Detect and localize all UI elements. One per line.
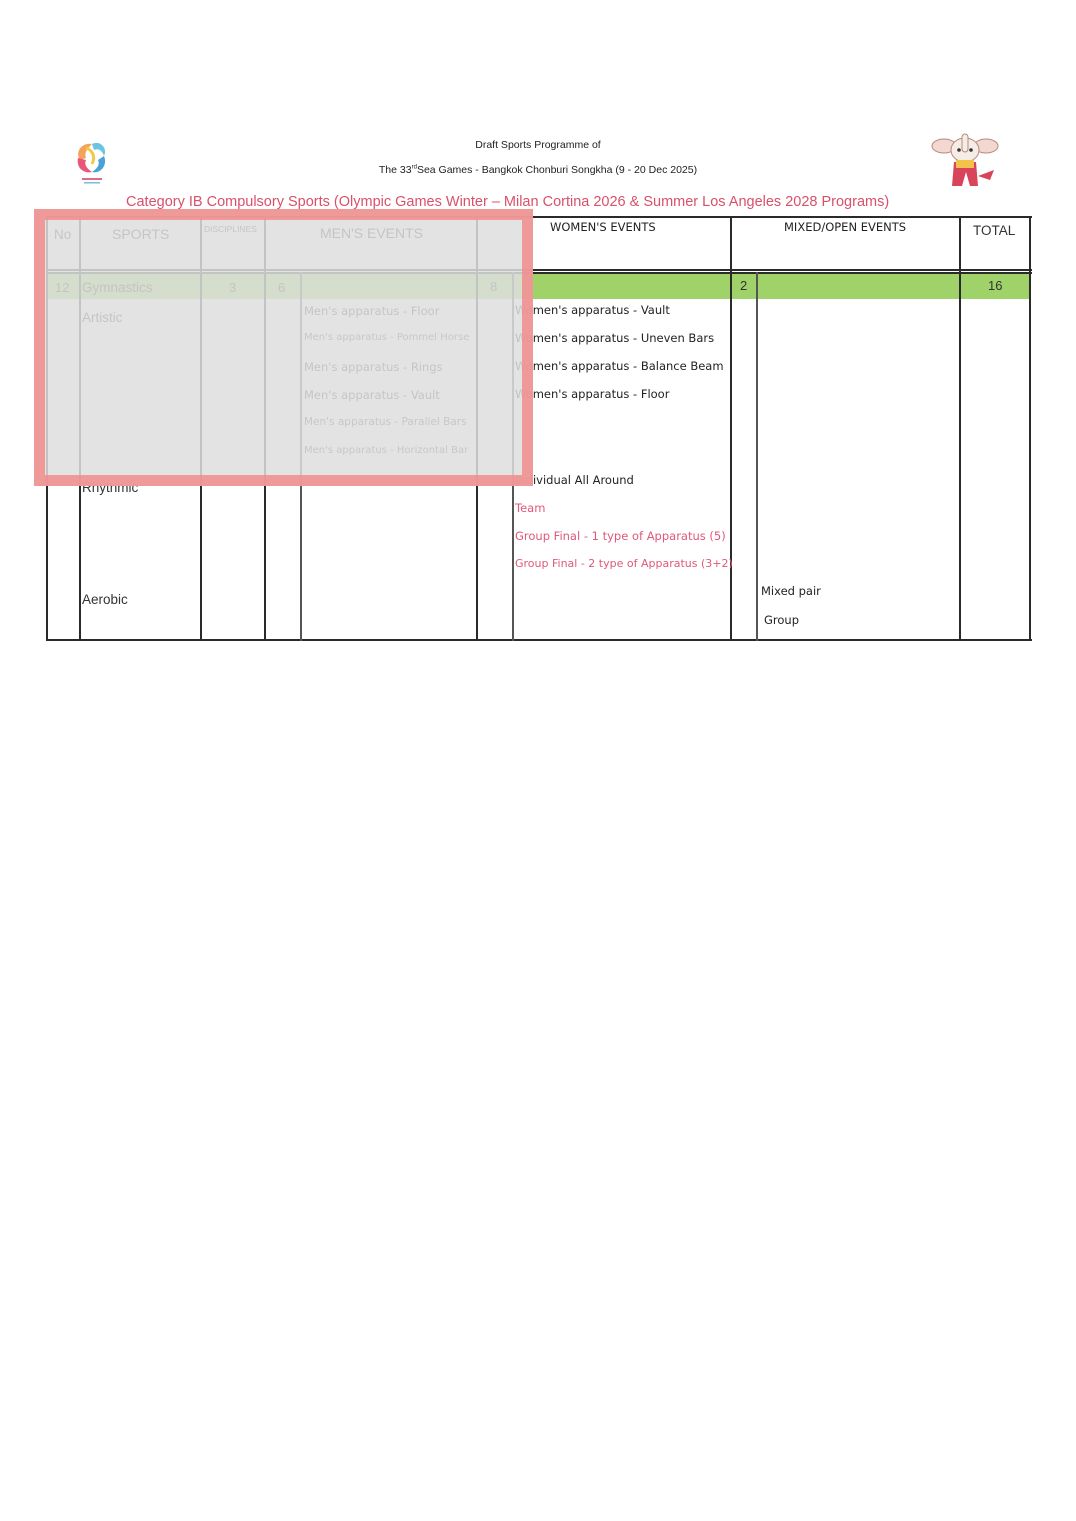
- row-number: 12: [55, 280, 69, 295]
- header-divider: [46, 269, 1032, 271]
- mens-events-count: 6: [278, 280, 285, 295]
- col-border-mens: [476, 216, 478, 641]
- womens-event: Women's apparatus - Vault: [515, 303, 670, 317]
- womens-event: Group Final - 2 type of Apparatus (3+2): [515, 557, 733, 570]
- mens-event: Men's apparatus - Vault: [304, 388, 440, 402]
- col-border-womens: [730, 216, 732, 641]
- col-border-left: [46, 216, 48, 641]
- sport-name: Gymnastics: [82, 280, 153, 295]
- col-border-womens-sub: [512, 272, 514, 641]
- column-header-mens-events: MEN'S EVENTS: [320, 225, 423, 241]
- col-border-mens-sub: [300, 272, 302, 641]
- column-header-mixed-events: MIXED/OPEN EVENTS: [784, 220, 906, 234]
- womens-event: Women's apparatus - Uneven Bars: [515, 331, 714, 345]
- col-border-no: [79, 216, 81, 641]
- discipline-rhythmic: Rhythmic: [82, 480, 138, 495]
- discipline-aerobic: Aerobic: [82, 592, 128, 607]
- mens-event: Men's apparatus - Floor: [304, 304, 439, 318]
- column-header-womens-events: WOMEN'S EVENTS: [550, 220, 656, 234]
- col-border-disciplines: [264, 216, 266, 641]
- table-bottom-border: [46, 639, 1032, 641]
- mascot-image: [930, 130, 1002, 192]
- column-header-sports: SPORTS: [112, 226, 169, 242]
- col-border-mixed: [959, 216, 961, 641]
- mixed-event: Group: [764, 613, 799, 627]
- womens-event: Team: [515, 501, 545, 515]
- column-header-no: No: [54, 227, 71, 242]
- column-header-disciplines: DISCIPLINES: [204, 224, 257, 234]
- womens-event: Women's apparatus - Balance Beam: [515, 359, 724, 373]
- disciplines-count: 3: [229, 280, 236, 295]
- mens-event: Men's apparatus - Pommel Horse: [304, 332, 469, 343]
- mixed-events-count: 2: [740, 278, 747, 293]
- document-subtitle: The 33rd Sea Games - Bangkok Chonburi So…: [0, 164, 1076, 176]
- header-divider-2: [46, 272, 1032, 274]
- discipline-artistic: Artistic: [82, 310, 123, 325]
- mens-event: Men's apparatus - Rings: [304, 360, 443, 374]
- mens-event: Men's apparatus - Horizontal Bar: [304, 445, 468, 456]
- subtitle-prefix: The 33: [379, 164, 412, 176]
- womens-event: Individual All Around: [515, 473, 634, 487]
- womens-event: Women's apparatus - Floor: [515, 387, 669, 401]
- col-border-sports: [200, 216, 202, 641]
- subtitle-suffix: Sea Games - Bangkok Chonburi Songkha (9 …: [417, 164, 697, 176]
- summary-row-highlight: [47, 273, 1030, 299]
- table-top-border: [46, 216, 1032, 218]
- mens-event: Men's apparatus - Parallel Bars: [304, 416, 467, 428]
- col-border-right: [1029, 216, 1031, 641]
- col-border-mixed-sub: [756, 272, 758, 641]
- womens-events-count: 8: [490, 279, 497, 294]
- column-header-total: TOTAL: [973, 223, 1015, 238]
- total-events-count: 16: [988, 278, 1002, 293]
- title-line-1: Draft Sports Programme of: [475, 139, 600, 151]
- category-title: Category IB Compulsory Sports (Olympic G…: [126, 194, 889, 210]
- document-title: Draft Sports Programme of: [0, 139, 1076, 151]
- mixed-event: Mixed pair: [761, 584, 821, 598]
- womens-event: Group Final - 1 type of Apparatus (5): [515, 529, 726, 543]
